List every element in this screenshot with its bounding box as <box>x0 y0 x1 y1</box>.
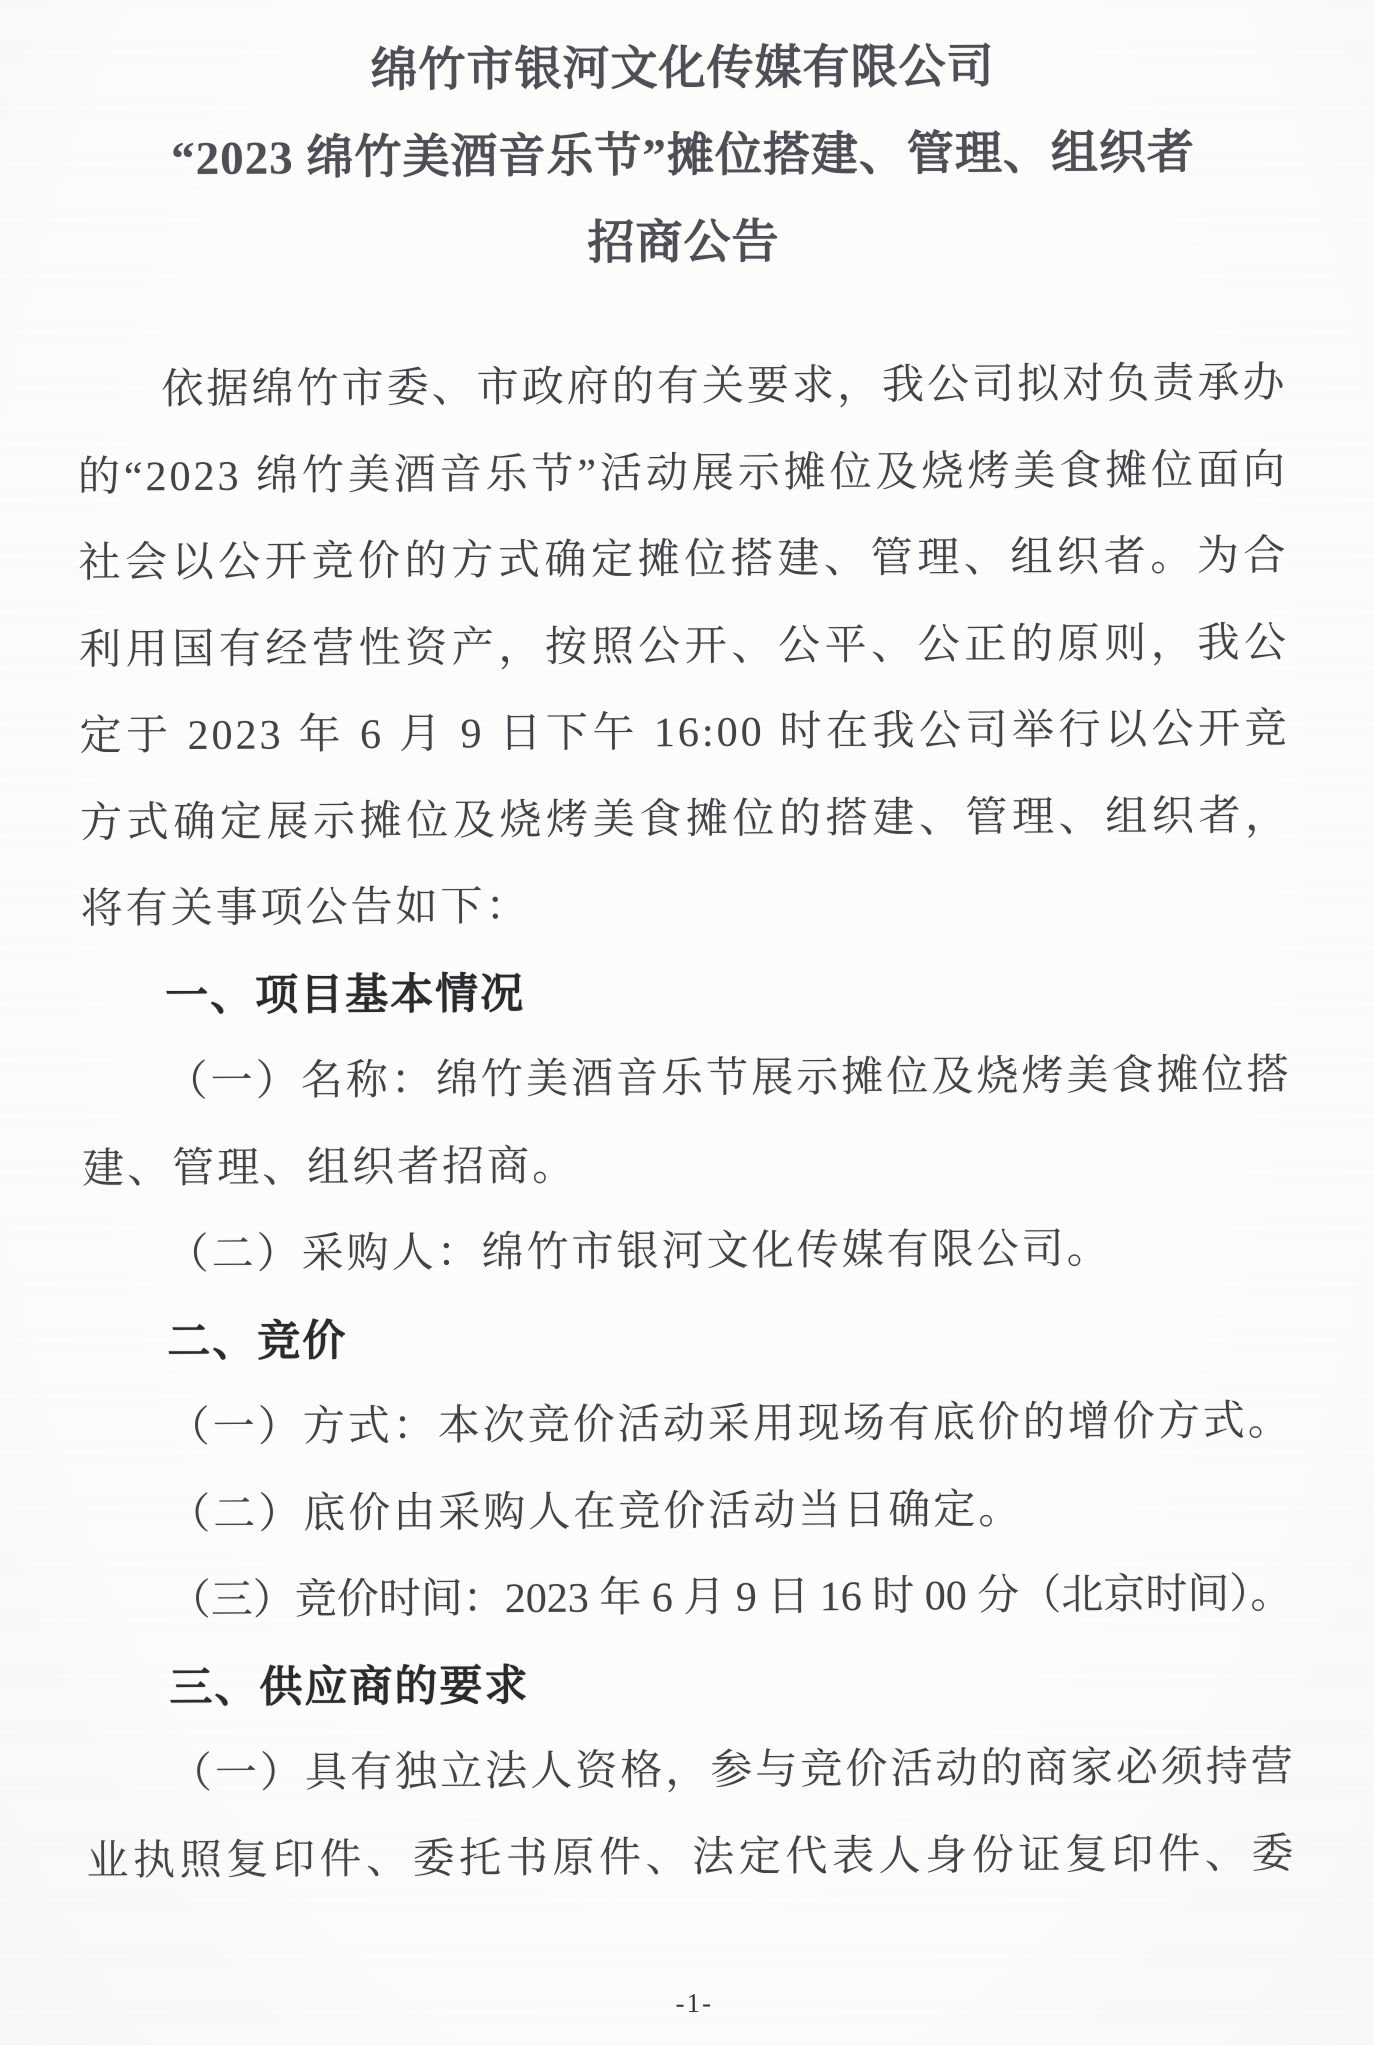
text-line: （一）方式：本次竞价活动采用现场有底价的增价方式。 <box>84 1378 1295 1472</box>
text-line: 业执照复印件、委托书原件、法定代表人身份证复印件、委托 <box>86 1811 1297 1905</box>
text-line: （二）底价由采购人在竞价活动当日确定。 <box>84 1465 1295 1559</box>
text-line: （一）名称：绵竹美酒音乐节展示摊位及烧烤美食摊位搭 <box>81 1032 1292 1126</box>
section-heading: 一、项目基本情况 <box>81 946 1292 1040</box>
text-line: 方式确定展示摊位及烧烤美食摊位的搭建、管理、组织者，现 <box>80 773 1291 867</box>
section-heading: 二、竞价 <box>83 1292 1294 1386</box>
title-line-announcement: 招商公告 <box>0 196 1371 291</box>
text-line: （二）采购人：绵竹市银河文化传媒有限公司。 <box>82 1205 1293 1299</box>
document-title: 绵竹市银河文化传媒有限公司 “2023 绵竹美酒音乐节”摊位搭建、管理、组织者 … <box>0 22 1371 291</box>
text-line: 依据绵竹市委、市政府的有关要求，我公司拟对负责承办 <box>77 340 1288 434</box>
text-line: 建、管理、组织者招商。 <box>82 1119 1293 1213</box>
text-line: 的“2023 绵竹美酒音乐节”活动展示摊位及烧烤美食摊位面向 <box>78 427 1289 521</box>
text-line: 将有关事项公告如下： <box>80 859 1291 953</box>
text-line: （三）竞价时间：2023 年 6 月 9 日 16 时 00 分（北京时间）。 <box>85 1551 1296 1645</box>
text-line: 社会以公开竞价的方式确定摊位搭建、管理、组织者。为合理 <box>78 513 1289 607</box>
page-number: -1- <box>7 1982 1374 2024</box>
title-line-company: 绵竹市银河文化传媒有限公司 <box>0 22 1370 117</box>
document-body: 依据绵竹市委、市政府的有关要求，我公司拟对负责承办的“2023 绵竹美酒音乐节”… <box>0 340 1374 1905</box>
document-sheet: 绵竹市银河文化传媒有限公司 “2023 绵竹美酒音乐节”摊位搭建、管理、组织者 … <box>0 0 1374 2024</box>
section-heading: 三、供应商的要求 <box>85 1638 1296 1732</box>
scanned-document-page: 绵竹市银河文化传媒有限公司 “2023 绵竹美酒音乐节”摊位搭建、管理、组织者 … <box>0 0 1374 2045</box>
text-line: 利用国有经营性资产，按照公开、公平、公正的原则，我公司 <box>79 600 1290 694</box>
text-line: （一）具有独立法人资格，参与竞价活动的商家必须持营 <box>86 1724 1297 1818</box>
title-line-event: “2023 绵竹美酒音乐节”摊位搭建、管理、组织者 <box>0 109 1370 204</box>
text-line: 定于 2023 年 6 月 9 日下午 16:00 时在我公司举行以公开竞价的 <box>79 686 1290 780</box>
